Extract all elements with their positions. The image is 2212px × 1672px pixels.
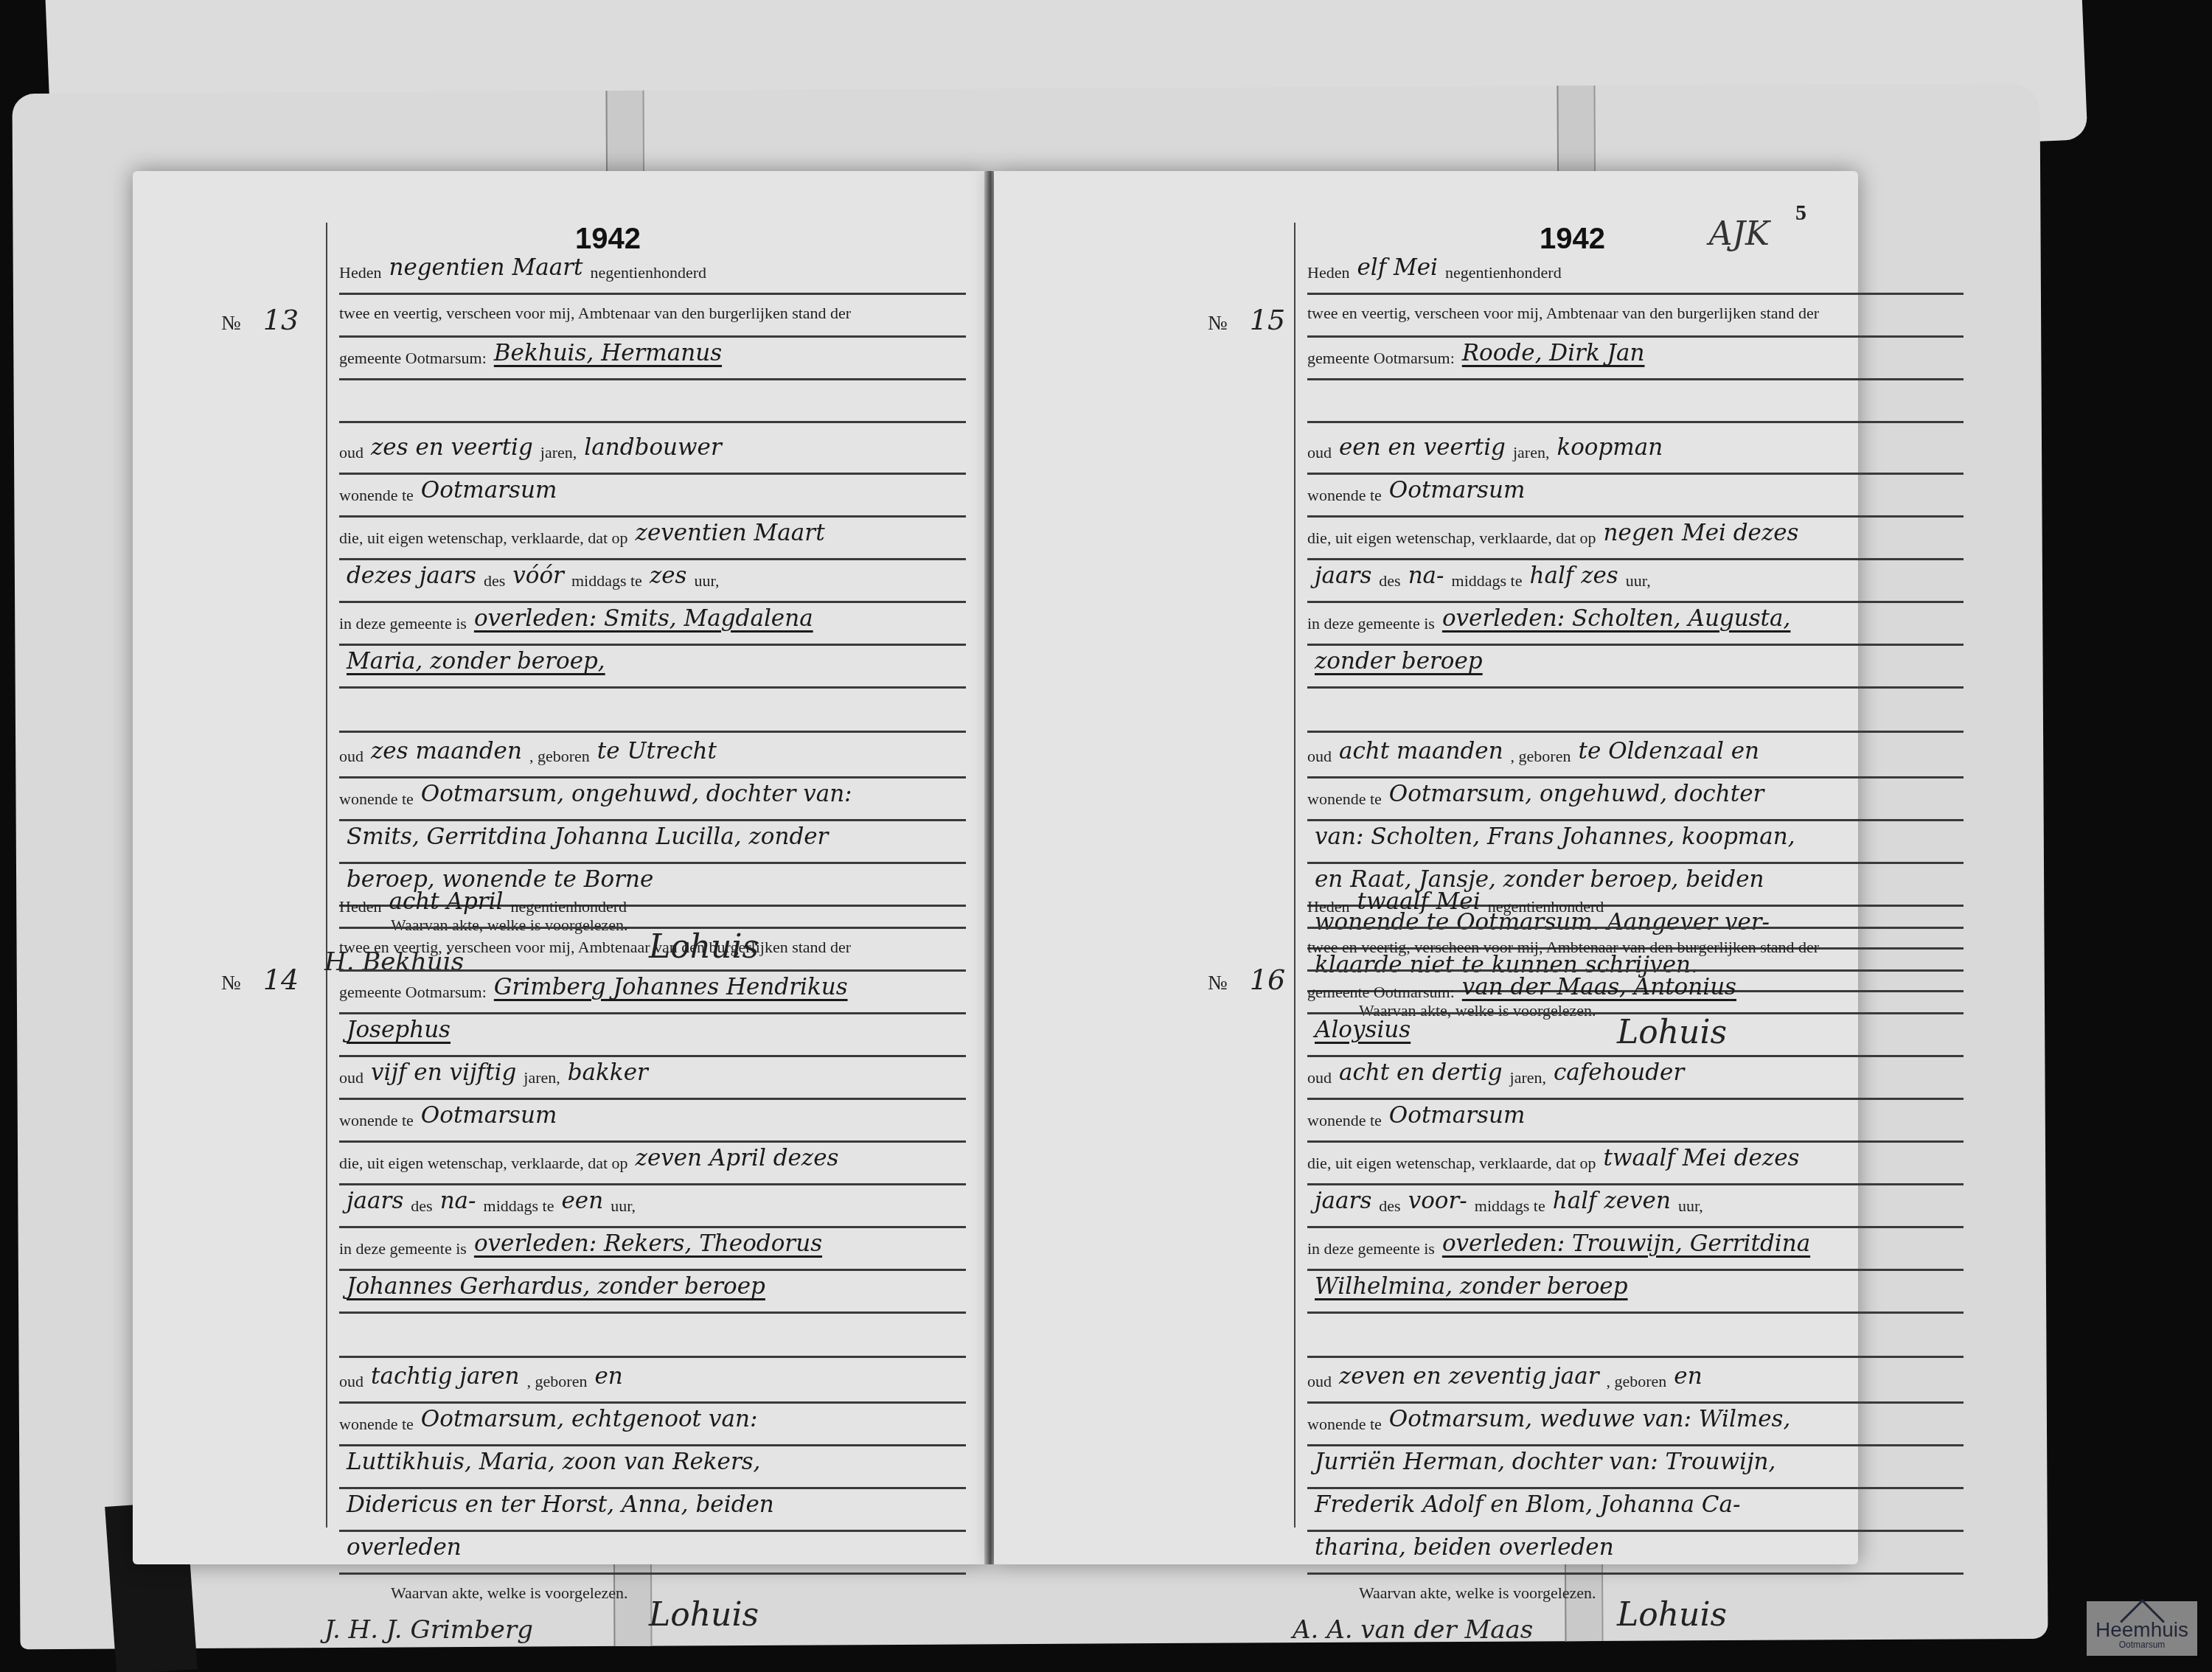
form-line: die, uit eigen wetenschap, verklaarde, d… (1307, 529, 1964, 560)
record-body: Hedenelf Mei negentienhonderdtwee en vee… (1307, 248, 1964, 882)
form-line: Aloysius (1307, 1025, 1964, 1057)
record-number: №14 (221, 964, 299, 996)
form-line: wonende teOotmarsum, ongehuwd, dochter v… (339, 790, 966, 821)
number-value: 14 (263, 964, 299, 996)
form-line: tharina, beiden overleden (1307, 1543, 1964, 1575)
number-value: 16 (1250, 964, 1285, 996)
form-line: die, uit eigen wetenschap, verklaarde, d… (339, 529, 966, 560)
record-number: №16 (1208, 964, 1285, 996)
form-line: oudzeven en zeventig jaar, geborenen (1307, 1372, 1964, 1404)
page-number: 5 (1795, 201, 1806, 226)
number-prefix: № (221, 312, 241, 335)
record-number: №13 (221, 304, 299, 336)
margin-rule (326, 223, 327, 1528)
form-line: wonende teOotmarsum, weduwe van: Wilmes, (1307, 1415, 1964, 1446)
form-line (339, 701, 966, 733)
form-line: Hedennegentien Maart negentienhonderd (339, 263, 966, 295)
record-body: Hedentwaalf Mei negentienhonderdtwee en … (1307, 882, 1964, 1516)
form-line: jaars desvoor-middags tehalf zevenuur, (1307, 1196, 1964, 1228)
form-line: in deze gemeente isoverleden: Smits, Mag… (339, 614, 966, 646)
form-line: Maria, zonder beroep, (339, 657, 966, 689)
form-line: Smits, Gerritdina Johanna Lucilla, zonde… (339, 832, 966, 864)
form-line: oudvijf en vijftigjaren,bakker (339, 1068, 966, 1100)
form-line: Luttikhuis, Maria, zoon van Rekers, (339, 1457, 966, 1489)
form-line: Hedenelf Mei negentienhonderd (1307, 263, 1964, 295)
form-line: twee en veertig, verscheen voor mij, Amb… (339, 306, 966, 338)
left-page: 1942№13 Hedennegentien Maart negentienho… (133, 171, 988, 1564)
form-line: Hedenacht April negentienhonderd (339, 897, 966, 929)
heemhuis-logo: Heemhuis Ootmarsum (2087, 1601, 2197, 1656)
form-line: wonende teOotmarsum, ongehuwd, dochter (1307, 790, 1964, 821)
form-line: in deze gemeente isoverleden: Rekers, Th… (339, 1239, 966, 1271)
form-line: gemeente Ootmarsum:Roode, Dirk Jan (1307, 349, 1964, 380)
form-line: overleden (339, 1543, 966, 1575)
form-line: oudzes maanden, geborente Utrecht (339, 747, 966, 778)
form-line: wonende teOotmarsum (1307, 486, 1964, 518)
record-body: Hedennegentien Maart negentienhonderdtwe… (339, 248, 966, 882)
number-value: 13 (263, 304, 299, 336)
form-line: Jurriën Herman, dochter van: Trouwijn, (1307, 1457, 1964, 1489)
number-prefix: № (1208, 972, 1228, 995)
form-line (339, 391, 966, 423)
right-page: 5 AJK 1942№15 Hedenelf Mei negentienhond… (994, 171, 1858, 1564)
form-line: Josephus (339, 1025, 966, 1057)
form-line: van: Scholten, Frans Johannes, koopman, (1307, 832, 1964, 864)
form-line: Didericus en ter Horst, Anna, beiden (339, 1500, 966, 1532)
form-line: oudzes en veertigjaren,landbouwer (339, 443, 966, 475)
form-line: oudacht maanden, geborente Oldenzaal en (1307, 747, 1964, 778)
form-line: oudtachtig jaren, geborenen (339, 1372, 966, 1404)
number-value: 15 (1250, 304, 1285, 336)
form-line: gemeente Ootmarsum:van der Maas, Antoniu… (1307, 983, 1964, 1014)
form-line: in deze gemeente isoverleden: Trouwijn, … (1307, 1239, 1964, 1271)
form-line: wonende teOotmarsum (339, 1111, 966, 1143)
form-line (1307, 391, 1964, 423)
form-line: Wilhelmina, zonder beroep (1307, 1282, 1964, 1314)
number-prefix: № (1208, 312, 1228, 335)
form-line: jaars desna-middags teeenuur, (339, 1196, 966, 1228)
number-prefix: № (221, 972, 241, 995)
form-line: twee en veertig, verscheen voor mij, Amb… (339, 940, 966, 972)
form-line: zonder beroep (1307, 657, 1964, 689)
open-register-book: 1942№13 Hedennegentien Maart negentienho… (133, 171, 1858, 1572)
form-line: die, uit eigen wetenschap, verklaarde, d… (339, 1154, 966, 1185)
form-line: oudacht en dertigjaren,cafehouder (1307, 1068, 1964, 1100)
form-line: jaars desna-middags tehalf zesuur, (1307, 571, 1964, 603)
record-number: №15 (1208, 304, 1285, 336)
form-line: wonende teOotmarsum (339, 486, 966, 518)
record-body: Hedenacht April negentienhonderdtwee en … (339, 882, 966, 1516)
form-line: twee en veertig, verscheen voor mij, Amb… (1307, 306, 1964, 338)
margin-rule (1294, 223, 1295, 1528)
form-line: wonende teOotmarsum, echtgenoot van: (339, 1415, 966, 1446)
form-line: Frederik Adolf en Blom, Johanna Ca- (1307, 1500, 1964, 1532)
form-line: gemeente Ootmarsum:Grimberg Johannes Hen… (339, 983, 966, 1014)
form-line: Hedentwaalf Mei negentienhonderd (1307, 897, 1964, 929)
form-line: dezes jaars desvóórmiddags tezesuur, (339, 571, 966, 603)
initials-annotation: AJK (1709, 215, 1770, 253)
form-line: die, uit eigen wetenschap, verklaarde, d… (1307, 1154, 1964, 1185)
form-line (1307, 1326, 1964, 1358)
form-line: twee en veertig, verscheen voor mij, Amb… (1307, 940, 1964, 972)
form-line (339, 1326, 966, 1358)
form-line: wonende teOotmarsum (1307, 1111, 1964, 1143)
form-line (1307, 701, 1964, 733)
form-line: in deze gemeente isoverleden: Scholten, … (1307, 614, 1964, 646)
form-line: oudeen en veertigjaren,koopman (1307, 443, 1964, 475)
form-line: Johannes Gerhardus, zonder beroep (339, 1282, 966, 1314)
form-line: gemeente Ootmarsum:Bekhuis, Hermanus (339, 349, 966, 380)
